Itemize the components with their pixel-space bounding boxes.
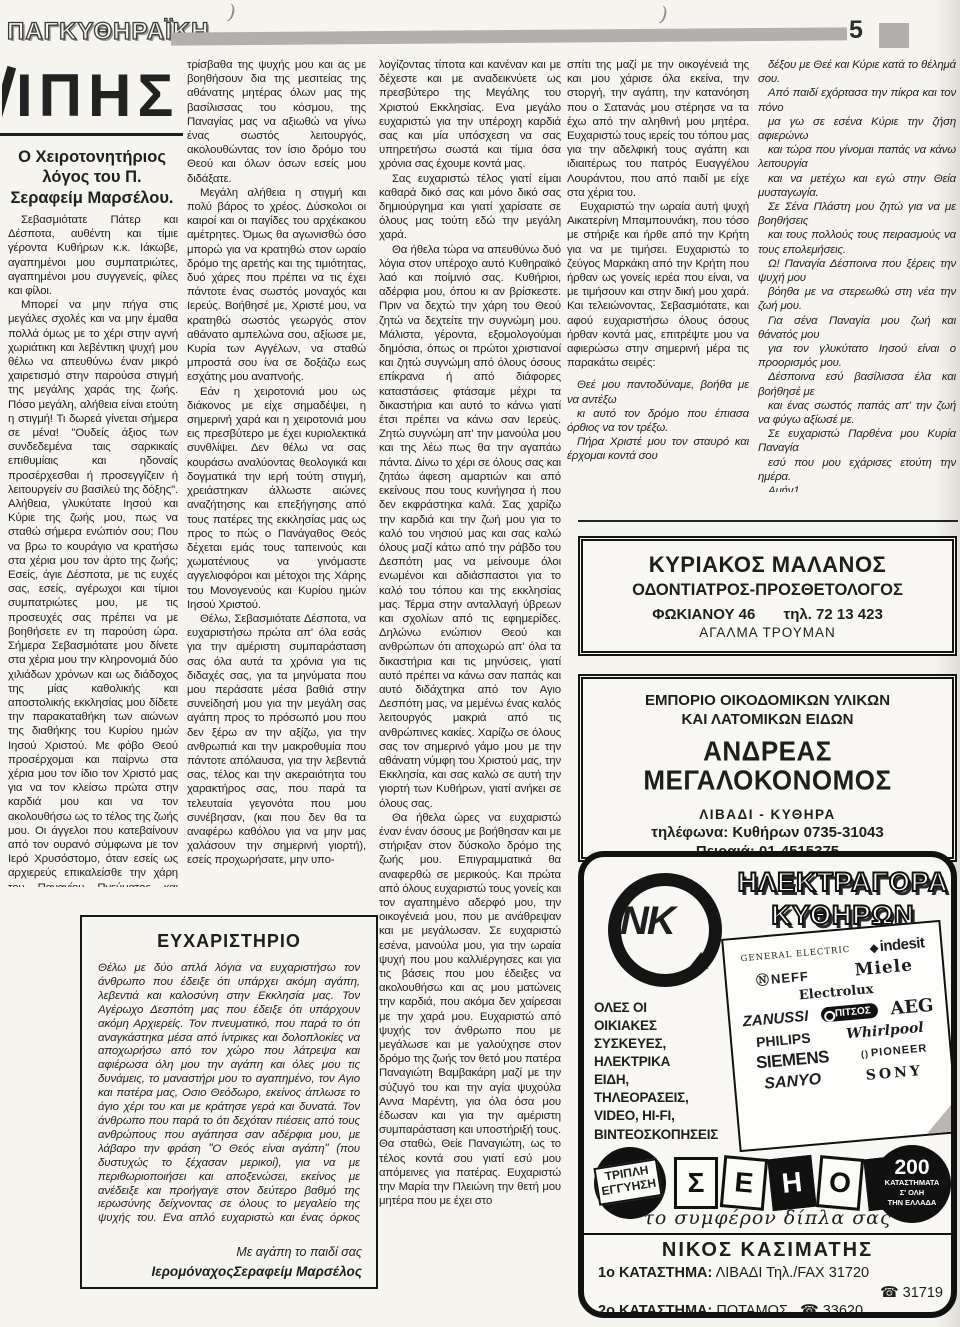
- store1-line: 1ο ΚΑΤΑΣΤΗΜΑ: ΛΙΒΑΔΙ Τηλ./FAX 31720: [598, 1265, 943, 1281]
- poem-continuation: δέξου με Θεέ και Κύριε κατά το θέλημά σο…: [758, 58, 956, 492]
- article-column-5: δέξου με Θεέ και Κύριε κατά το θέλημά σο…: [758, 58, 956, 492]
- brand-panel: GENERAL ELECTRIC indesit NEFF Miele Elec…: [721, 920, 957, 1152]
- poem-line: και τους πολλούς τους πειρασμούς να τους…: [758, 228, 956, 256]
- poem-line: για τον γλυκύτατο Ιησού είναι ο προορισμ…: [758, 342, 956, 370]
- product-line: ΟΛΕΣ ΟΙ: [594, 999, 740, 1017]
- ad-electronics: NK ΗΛΕΚΤΡΑΓΟΡΑ ΚΥΘΗΡΩΝ ΟΛΕΣ ΟΙΟΙΚΙΑΚΕΣΣΥ…: [578, 851, 957, 1318]
- clipped-letter: [2, 66, 16, 126]
- page-number: 5: [849, 16, 863, 45]
- electronics-product-list: ΟΛΕΣ ΟΙΟΙΚΙΑΚΕΣΣΥΣΚΕΥΕΣ,ΗΛΕΚΤΡΙΚΑΕΙΔΗ,ΤΗ…: [594, 999, 740, 1144]
- ad-phone-1: τηλέφωνα: Κυθήρων 0735-31043: [583, 824, 952, 841]
- paragraph: σπίτι της μαζί με την οικογένειά της και…: [567, 58, 749, 200]
- paragraph: Θα ήθελα τώρα να απευθύνω δυό λόγια στον…: [379, 243, 561, 811]
- phone-icon: ☎: [800, 1302, 819, 1318]
- poem-line: Αμήν1: [758, 484, 956, 492]
- dentist-address: ΦΩΚΙΑΝΟΥ 46: [652, 606, 755, 623]
- product-line: ΣΥΣΚΕΥΕΣ,: [594, 1035, 740, 1053]
- paragraph: τρίσβαθα της ψυχής μου και ας με βοηθήσο…: [187, 58, 366, 186]
- product-line: ΒΙΝΤΕΟΣΚΟΠΗΣΕΙΣ: [594, 1126, 740, 1144]
- dentist-location: ΑΓΑΛΜΑ ΤΡΟΥΜΑΝ: [583, 625, 952, 640]
- scan-smudge: [225, 0, 238, 25]
- paragraph: Θα ήθελα ώρες να ευχαριστώ έναν έναν όσο…: [379, 811, 561, 1209]
- brand-pitsos: ΠΙΤΣΟΣ: [820, 1003, 878, 1023]
- advertiser-last-name: ΜΕΓΑΛΟΚΟΝΟΜΟΣ: [583, 765, 952, 797]
- chain-slogan: το συμφέρον δίπλα σας: [584, 1207, 951, 1229]
- brand-miele: Miele: [854, 955, 914, 980]
- column-divider-rule: [578, 520, 958, 522]
- brand-neff: NEFF: [755, 965, 809, 989]
- poem-line: και να μετέχω και εγώ στην Θεία μυσταγωγ…: [758, 172, 956, 200]
- paragraph: Σεβασμιότατε Πάτερ και Δέσποτα, αυθέντη …: [8, 213, 178, 298]
- nk-logo: NK: [590, 863, 738, 997]
- ad-location: ΛΙΒΑΔΙ - ΚΥΘΗΡΑ: [583, 807, 952, 822]
- brand-general-electric: GENERAL ELECTRIC: [740, 944, 850, 964]
- thank-you-signature: ΙερομόναχοςΣεραφείμ Μαρσέλος: [152, 1264, 362, 1279]
- masthead-bar: [171, 27, 847, 45]
- thank-you-closing: Με αγάπη το παιδί σας: [236, 1245, 362, 1259]
- poem-line: Από παιδί εχόρτασα την πίκρα και τον πόν…: [758, 86, 956, 114]
- brand-zanussi: ZANUSSI: [742, 1008, 809, 1031]
- store-owner-name: ΝΙΚΟΣ ΚΑΣΙΜΑΤΗΣ: [584, 1239, 951, 1262]
- dentist-phone: τηλ. 72 13 423: [784, 606, 883, 623]
- poem-line: κι αυτό τον δρόμο που έπιασα όρθιος να τ…: [567, 407, 749, 435]
- paragraph: Ευχαριστώ την ωραία αυτή ψυχή Αικατερίνη…: [567, 200, 749, 370]
- brand-aeg: AEG: [889, 995, 934, 1020]
- ad-building-materials: ΕΜΠΟΡΙΟ ΟΙΚΟΔΟΜΙΚΩΝ ΥΛΙΚΩΝ ΚΑΙ ΛΑΤΟΜΙΚΩΝ…: [578, 674, 957, 862]
- poem-line: βόηθα με να στερεωθώ στη νέα την ζωή μου…: [758, 285, 956, 313]
- brand-sanyo: SANYO: [764, 1071, 822, 1094]
- ad-dentist: ΚΥΡΙΑΚΟΣ ΜΑΛΑΝΟΣ ΟΔΟΝΤΙΑΤΡΟΣ-ΠΡΟΣΘΕΤΟΛΟΓ…: [578, 536, 957, 656]
- article-title: Ο Χειροτονητήριος λόγος του Π. Σεραφείμ …: [6, 147, 178, 208]
- scan-smudge: [657, 1, 670, 26]
- paragraph: Μεγάλη αλήθεια η στιγμή και πολύ βάρος τ…: [187, 186, 366, 385]
- poem-line: Θεέ μου παντοδύναμε, βοήθα με να αντέξω: [567, 378, 749, 406]
- article-column-2: τρίσβαθα της ψυχής μου και ας με βοηθήσο…: [187, 58, 366, 888]
- poem-line: Σε ευχαριστώ Παρθένα μου Κυρία Παναγία: [758, 427, 956, 455]
- contact-separator: [584, 1233, 951, 1235]
- thank-you-box: ΕΥΧΑΡΙΣΤΗΡΙΟ Θέλω με δύο απλά λόγια να ε…: [80, 915, 378, 1289]
- ad-line1: ΕΜΠΟΡΙΟ ΟΙΚΟΔΟΜΙΚΩΝ ΥΛΙΚΩΝ: [583, 692, 952, 711]
- poem-line: δέξου με Θεέ και Κύριε κατά το θέλημά σο…: [758, 58, 956, 86]
- brand-indesit: indesit: [869, 934, 925, 956]
- poem-line: Σε Σένα Πλάστη μου ζητώ για να με βοηθήσ…: [758, 200, 956, 228]
- newspaper-page: ΠΑΓΚΥΘΗΡΑΪΚΗ 5 ΙΠΗΣ Ο Χειροτονητήριος λό…: [0, 0, 960, 1327]
- headline-fragment: ΙΠΗΣ: [2, 58, 182, 136]
- store1-phone2: ☎ 31719: [598, 1283, 943, 1301]
- product-line: VIDEO, HI-FI,: [594, 1107, 740, 1125]
- brand-pioneer: PIONEER: [861, 1042, 928, 1060]
- product-line: ΕΙΔΗ,: [594, 1071, 740, 1089]
- poem-line: μα γω σε εσένα Κύριε την ζήση αφιερώνω: [758, 115, 956, 143]
- poem-line: Δέσποινα εσύ βασίλισσα έλα και βοήθησέ μ…: [758, 370, 956, 398]
- poem-line: και τώρα που γίνομαι παπάς να κάνω λειτο…: [758, 143, 956, 171]
- product-line: ΤΗΛΕΟΡΑΣΕΙΣ,: [594, 1089, 740, 1107]
- paragraph: Σας ευχαριστώ τέλος γιατί είμαι καθαρά δ…: [379, 172, 561, 243]
- dentist-contact: ΦΩΚΙΑΝΟΥ 46 τηλ. 72 13 423: [583, 606, 952, 623]
- paragraph: λογίζοντας τίποτα και κανέναν και με δέχ…: [379, 58, 561, 172]
- poem-line: εσύ που μου εχάρισες ετούτη την ημέρα.: [758, 456, 956, 484]
- headline-rule: [0, 133, 183, 136]
- product-line: ΟΙΚΙΑΚΕΣ: [594, 1017, 740, 1035]
- phone-icon: ☎: [880, 1284, 899, 1301]
- thank-you-title: ΕΥΧΑΡΙΣΤΗΡΙΟ: [98, 931, 360, 952]
- poem-line: Για σένα Παναγία μου ζωή και θάνατός μου: [758, 314, 956, 342]
- article-column-4: σπίτι της μαζί με την οικογένειά της και…: [567, 58, 749, 506]
- poem-line: και ένας σωστός παπάς απ' την ζωή να φύγ…: [758, 399, 956, 427]
- nk-logo-text: NK: [620, 899, 674, 944]
- masthead-corner-block: [879, 23, 909, 48]
- ad-line2: ΚΑΙ ΛΑΤΟΜΙΚΩΝ ΕΙΔΩΝ: [583, 711, 952, 730]
- paragraph: Θέλω, Σεβασμιότατε Δέσποτα, να ευχαριστή…: [187, 612, 366, 868]
- thank-you-body: Θέλω με δύο απλά λόγια να ευχαριστήσω το…: [98, 962, 360, 1226]
- poem-line: Ω! Παναγία Δέσποινα που ξέρεις την ψυχή …: [758, 257, 956, 285]
- article-column-1: Σεβασμιότατε Πάτερ και Δέσποτα, αυθέντη …: [8, 213, 178, 887]
- dentist-profession: ΟΔΟΝΤΙΑΤΡΟΣ-ΠΡΟΣΘΕΤΟΛΟΓΟΣ: [583, 581, 952, 600]
- dentist-name: ΚΥΡΙΑΚΟΣ ΜΑΛΑΝΟΣ: [583, 552, 952, 578]
- poem-line: Πήρα Χριστέ μου τον σταυρό και έρχομαι κ…: [567, 435, 749, 463]
- brand-philips: PHILIPS: [755, 1030, 811, 1051]
- product-line: ΗΛΕΚΤΡΙΚΑ: [594, 1053, 740, 1071]
- brand-sony: SONY: [865, 1063, 923, 1084]
- poem-start: Θεέ μου παντοδύναμε, βοήθα με να αντέξωκ…: [567, 378, 749, 463]
- paragraph: Μπορεί να μην πήγα στις μεγάλες σχολές κ…: [8, 298, 178, 887]
- advertiser-first-name: ΑΝΔΡΕΑΣ: [583, 736, 952, 768]
- store2-line: 2ο ΚΑΤΑΣΤΗΜΑ: ΠΟΤΑΜΟΣ ☎ 33620: [598, 1301, 943, 1318]
- paragraph: Εάν η χειροτονιά μου ως διάκονος με είχε…: [187, 385, 366, 612]
- article-column-3: λογίζοντας τίποτα και κανέναν και με δέχ…: [379, 58, 561, 1316]
- brand-siemens: SIEMENS: [755, 1047, 829, 1073]
